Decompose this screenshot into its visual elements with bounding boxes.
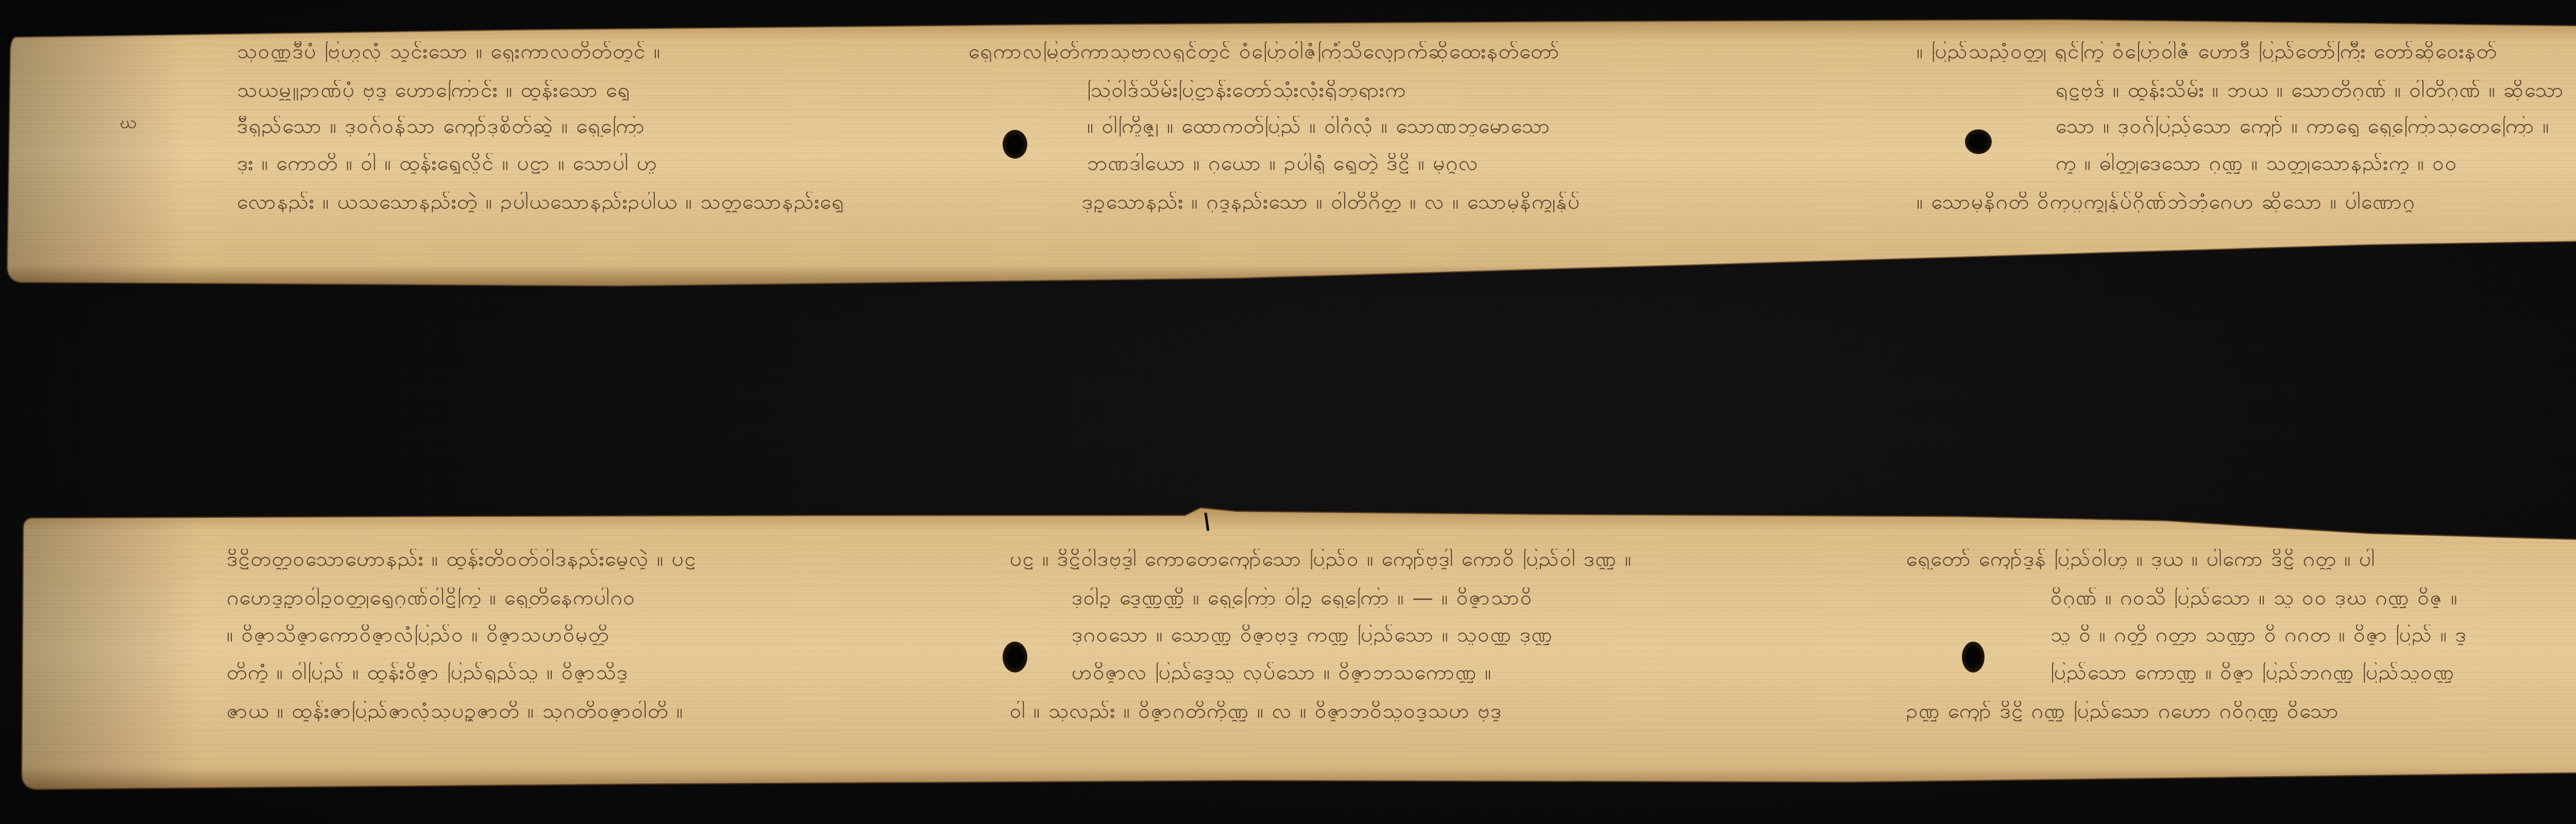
text-line: ဝိဂုဏ် ။ ဂဝသိ ပြည်သော ။ သူ ဝဝ ဒုဃ ဂဏ္ဍ ဝ… <box>2050 587 2576 608</box>
text-line: ရှေကာလမြတ်ကာသုဗာလရှင်တွင် ဝံပြောဝါဇံကြံသ… <box>969 41 1906 62</box>
text-line: ဒုဝါဉ္ဇ ဒွေဏ္ဍဏ္ဍိ ။ ရှေ့ကြော ဝါဉ္ဇ ရှေ့… <box>1072 587 1906 608</box>
text-line: ရဋ္ဌဗုဒ် ။ ထွန်းသိမ်း ။ ဘယ ။ သောတိဂုဏ် ။… <box>2056 80 2576 100</box>
text-line: သယမ္ဘူဉာဏ်ပုံ ဗုဒ္ဓ ဟောကြောင်း ။ ထွန်းသေ… <box>237 80 953 100</box>
text-line: ။ ဝါကြိုဇ္ဈ ။ ထောကတ်ပြည် ။ ဝါဂံလုံ ။ သော… <box>1087 116 1906 137</box>
text-line: ဇာယ ။ ထွန်းဇာပြည်ဇာလံ့သုပဉ္စဇာတိ ။ သုဂတိ… <box>227 701 999 721</box>
text-line: သူ ဝိ ။ ဂတ္တိ ဂတ္တာ သဏ္ဍာ ဝိ ဂဂတ ။ ဝိဇ္ဇ… <box>2050 625 2576 645</box>
text-line: ပြည်သော ကောဏ္ဍ ။ ဝိဇ္ဇာ ပြည်ဘဂဏ္ဍ ပြည်သူ… <box>2050 662 2576 683</box>
text-line: ။ ပြည်သညံ့ဝတ္တု ရှင်ကြွ ဝံပြောဝါဇံ ဟောဒီ… <box>1917 41 2576 62</box>
string-hole-icon <box>1962 642 1985 672</box>
text-line: ဝါ ။ သုလည်း ။ ဝိဇ္ဇာဂတိကိုဏ္ဍ ။ လ ။ ဝိဇ္… <box>1010 701 1896 721</box>
text-line: ကွ ။ ဓါတ္တုဒေသော ဂုဏ္ဍ ။ သတ္တုသောနည်းကွ … <box>2056 153 2576 174</box>
text-line: ပဋ္ဌ ။ ဒိဋ္ဌိဝါဒဗုဒ္ဓါ ကောတေကျော်သော ပြည… <box>1010 549 1896 569</box>
text-line: ရှေ့တော် ကျော်ဒွန် ပြည်ဝါဟူ ။ ဒုယ ။ ပါကေ… <box>1906 549 2576 569</box>
folio-number: ဃ <box>120 111 137 137</box>
text-line: ဒီရှည်သော ။ ဒုဝဂ်ဝန်သာ ကျော်ဒုစိတ်ဆွဲ ။ … <box>237 116 953 137</box>
text-line: သုဝဏ္ဏဒီပံ ဗြဟ္မလုံ သွင်းသော ။ ရှေးကာလတိ… <box>237 41 953 62</box>
text-line: သော ။ ဒုဝဂ်ပြည့်သော ကျော် ။ ကာရွှေ ရှေ့က… <box>2056 116 2576 137</box>
string-hole-icon <box>1965 129 1992 154</box>
text-line: လောနည်း ။ ယသသောနည်းတွဲ ။ ဥပါယသောနည်းဉပါယ… <box>237 192 1072 212</box>
text-line: တိက္ခံ ။ ဝါပြည် ။ ထွန်းဝိဇ္ဇာ ပြည်ရှည်သူ… <box>227 662 953 683</box>
text-line: ဒိဋ္ဌိတတ္တဝသောဟောနည်း ။ ထွန်းတိဝတ်ဝါဒနည်… <box>227 549 999 569</box>
text-line: ဟဝိဇ္ဇာလ ပြည်ဒွေသူ လုပ်သော ။ ဝိဇ္ဇာဘသကော… <box>1072 662 1906 683</box>
text-line: ။ သောမုနိဂတိ ဝိကုပ္ပကျွန်ုပ်ဂိုဏ်ဘဲဘုံဂေ… <box>1917 192 2576 212</box>
text-line: ။ ဝိဇ္ဇာသိဇ္ဇာကောဝိဇ္ဇာလံပြည်ဝ ။ ဝိဇ္ဇာသ… <box>227 625 953 645</box>
text-line: ဒုဉ္ဇသောနည်း ။ ဂုဒ္ဓနည်းသော ။ ဝါတိဂိတ္တ … <box>1082 192 1917 212</box>
text-line: ဘဏဒါယော ။ ဂုယော ။ ဥပါရုံ ရွှေတွဲ ဒိဋ္ဌိ … <box>1087 153 1906 174</box>
text-line: ဉဏ္ဍ ကျော် ဒိဋ္ဌိ ဂဏ္ဍ ပြည်သော ဂဟော ဂဝိဂ… <box>1906 701 2576 721</box>
string-hole-icon <box>1003 130 1027 159</box>
text-line: ဩဝါဒ်သိမ်းပြဋ္ဌာန်းတော်သုံးလုံးရှိဘုရားက <box>1087 80 1906 100</box>
string-hole-icon <box>1003 642 1027 672</box>
text-line: ဂဟေဒ္ဓဉ္ဇာဝါဉ္ဇဝတ္တုရွှေဂုဏ်ဝါဋ္ဌိကြွ ။ … <box>227 587 953 608</box>
text-line: ဒုး ။ ကောတိ ။ ဝါ ။ ထွန်းရွှေလှိုင် ။ ပဋ္… <box>237 153 953 174</box>
text-line: ဒုဂဝသော ။ သောဏ္ဍ ဝိဇ္ဇာဗုဒ္ဓ ကဏ္ဍ ပြည်သေ… <box>1072 625 1906 645</box>
